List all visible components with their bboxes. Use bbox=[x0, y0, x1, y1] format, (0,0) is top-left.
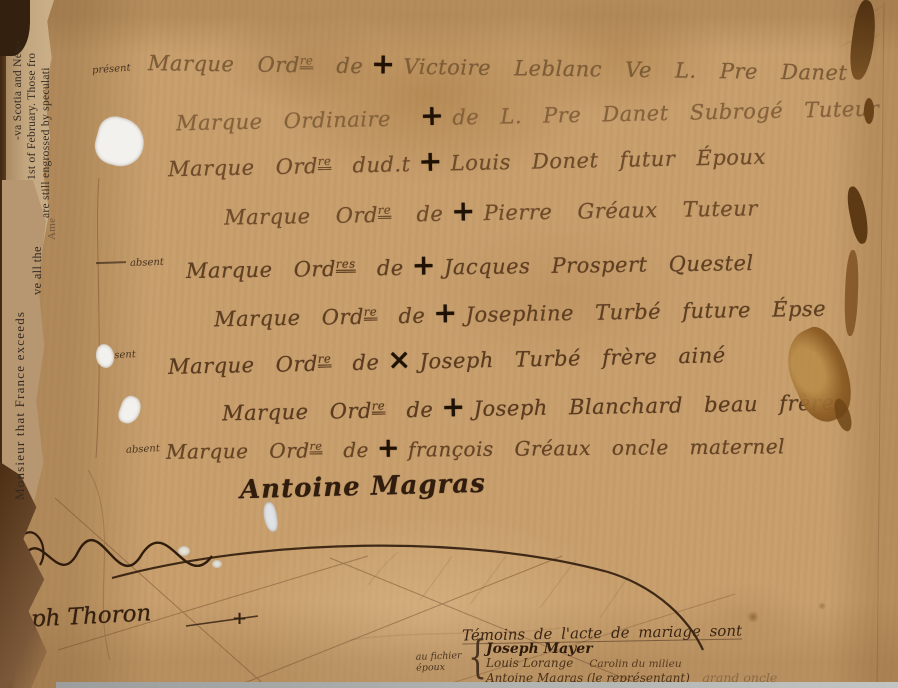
person-name: françois Gréaux oncle maternel bbox=[408, 434, 785, 461]
ordre-word: Ord bbox=[330, 399, 373, 424]
de-word: de bbox=[398, 304, 425, 328]
ordre-superscript: re bbox=[318, 154, 332, 168]
person-name: Louis Donet futur Époux bbox=[451, 145, 767, 176]
person-name: Joseph Turbé frère ainé bbox=[419, 343, 726, 373]
mark-word: Marque bbox=[186, 258, 273, 283]
signature-cross-mark: + bbox=[371, 46, 396, 80]
ordre-superscript: re bbox=[318, 351, 332, 365]
mark-line: Marque Ordre de×Joseph Turbé frère ainé bbox=[168, 335, 726, 381]
mark-line: Marque Ordre de+Josephine Turbé future É… bbox=[214, 289, 827, 334]
ordre-superscript: re bbox=[372, 398, 386, 412]
margin-note-absent: absent bbox=[96, 257, 164, 270]
margin-note-present: présent bbox=[92, 63, 131, 77]
newsprint-fragment: Monsieur that France exceeds bbox=[12, 311, 28, 500]
torn-hole bbox=[91, 113, 150, 172]
paper-chip bbox=[262, 501, 279, 533]
de-word: de bbox=[377, 256, 404, 280]
ordre-word: Ord bbox=[257, 53, 300, 78]
paper-chip bbox=[212, 560, 222, 568]
ordre-word: Ord bbox=[322, 305, 365, 330]
person-name: Pierre Gréaux Tuteur bbox=[483, 196, 758, 225]
brown-smear-tail bbox=[831, 397, 855, 434]
newsprint-fragment: ve all the bbox=[30, 246, 45, 295]
witness-side-note-line2: époux bbox=[416, 662, 462, 675]
ordre-superscript: re bbox=[310, 440, 323, 453]
signature-cross-mark: + bbox=[411, 247, 436, 281]
de-word: de bbox=[416, 202, 443, 226]
witness-name: Joseph Mayer bbox=[486, 642, 777, 657]
ordre-superscript: re bbox=[364, 304, 378, 318]
manuscript-page: -va Scotia and New- 1st of February. Tho… bbox=[0, 0, 898, 688]
signature-cross-mark: + bbox=[420, 98, 445, 133]
ink-stain-streak bbox=[844, 185, 872, 245]
mark-word: Marque bbox=[224, 204, 311, 230]
signature-cross-mark: + bbox=[433, 295, 458, 329]
de-word: de bbox=[343, 438, 369, 462]
mark-word: Marque bbox=[168, 353, 255, 379]
witness-annotation: Carolin du milieu bbox=[589, 658, 681, 670]
newsprint-fragment: are still engrossed by speculati bbox=[40, 67, 52, 218]
signature-antoine-magras: Antoine Magras bbox=[240, 469, 486, 505]
signature-cross-mark: + bbox=[451, 193, 476, 227]
ordre-superscript: re bbox=[300, 53, 314, 67]
ordre-word: Ord bbox=[336, 203, 379, 228]
person-name: Joseph Blanchard beau frère bbox=[473, 391, 834, 421]
person-name: de L. Pre Danet Subrogé Tuteur bbox=[452, 97, 880, 130]
scan-edge-bar bbox=[56, 682, 898, 688]
margin-note-text: absent bbox=[130, 257, 164, 269]
person-name: Jacques Prospert Questel bbox=[444, 251, 754, 279]
mark-line: Marque Ordres de+Jacques Prospert Queste… bbox=[186, 243, 754, 285]
mark-line: Marque Ordre de+Joseph Blanchard beau fr… bbox=[222, 383, 835, 428]
mark-word: Marque bbox=[166, 439, 249, 464]
ordre-word: Ord bbox=[294, 257, 337, 282]
ordre-word: Ord bbox=[276, 352, 319, 377]
witness-name-row: Louis LorangeCarolin du milieu bbox=[486, 657, 777, 671]
torn-hole bbox=[116, 393, 144, 426]
newsprint-fragment: Ame bbox=[46, 218, 58, 240]
de-word: dud.t bbox=[352, 152, 411, 177]
mark-line: Marque Ordre de+Pierre Gréaux Tuteur bbox=[224, 188, 758, 231]
thoron-strike-line bbox=[186, 616, 258, 626]
newsprint-fragment: 1st of February. Those fro bbox=[26, 53, 38, 180]
ordre-superscript: res bbox=[336, 257, 356, 271]
witness-name: Louis Lorange bbox=[486, 656, 573, 670]
ink-stain-blob bbox=[864, 98, 874, 124]
signature-cross-mark: + bbox=[418, 144, 443, 179]
mark-word: Marque bbox=[148, 51, 235, 76]
mark-word: Marque bbox=[214, 306, 301, 332]
de-word: de bbox=[406, 398, 433, 422]
witness-brace: { bbox=[468, 631, 487, 684]
ordre-word: Ordinaire bbox=[284, 107, 392, 133]
ordre-word: Ord bbox=[276, 154, 319, 179]
witness-side-note: au fichier époux bbox=[416, 651, 463, 674]
witness-name-list: Joseph Mayer Louis LorangeCarolin du mil… bbox=[486, 642, 777, 685]
newsprint-fragment: -va Scotia and New- bbox=[12, 40, 24, 140]
torn-hole bbox=[94, 343, 116, 370]
de-word bbox=[412, 106, 413, 130]
de-word: de bbox=[336, 54, 363, 78]
mark-line: Marque Ordre de+Victoire Leblanc Ve L. P… bbox=[148, 43, 848, 87]
ordre-word: Ord bbox=[269, 438, 309, 462]
signature-cross-mark: + bbox=[441, 389, 466, 423]
mark-line: Marque Ordre de+françois Gréaux oncle ma… bbox=[166, 429, 785, 465]
paper-chip bbox=[178, 546, 190, 556]
signature-cross-mark: + bbox=[377, 433, 400, 464]
mark-word: Marque bbox=[176, 110, 263, 136]
struck-word-mark bbox=[96, 261, 126, 264]
mark-word: Marque bbox=[168, 155, 255, 181]
mark-line: Marque Ordre dud.t+Louis Donet futur Épo… bbox=[168, 137, 766, 184]
mark-word: Marque bbox=[222, 400, 309, 426]
de-word: de bbox=[352, 350, 379, 375]
margin-note-absent: absent bbox=[126, 443, 160, 456]
ordre-superscript: re bbox=[378, 203, 392, 217]
person-name: Josephine Turbé future Épse bbox=[465, 297, 826, 327]
ink-stain-bar bbox=[844, 250, 860, 336]
person-name: Victoire Leblanc Ve L. Pre Danet bbox=[403, 55, 847, 85]
signature-cross-mark: × bbox=[387, 342, 412, 377]
mark-line: Marque Ordinaire +de L. Pre Danet Subrog… bbox=[176, 89, 880, 138]
ink-stain-streak bbox=[847, 0, 880, 81]
thoron-paraph-cross: + bbox=[232, 608, 247, 629]
